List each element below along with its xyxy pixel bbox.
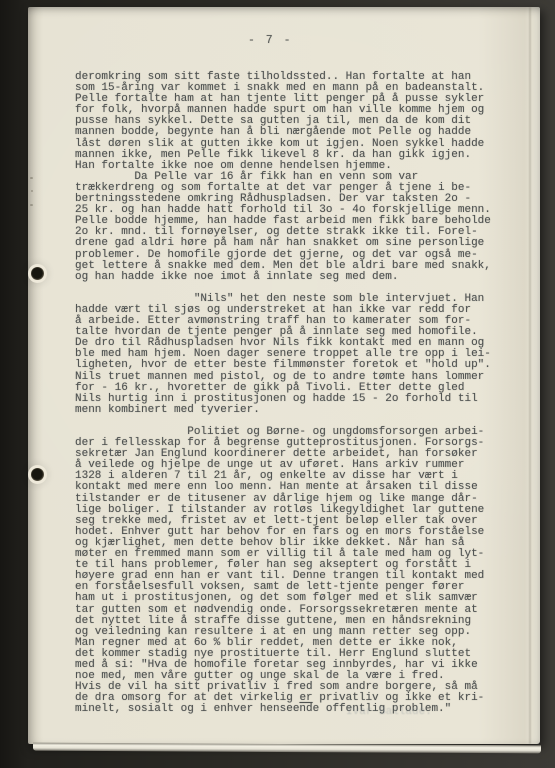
paper-speck: [30, 204, 33, 206]
text-line: tar gutten som et nødvendig onde. Forsor…: [75, 605, 501, 616]
text-line: minelt, sosialt og i enhver henseende of…: [75, 704, 501, 715]
text-line: og han hadde ikke noe imot å innlate seg…: [75, 272, 501, 283]
text-line: tilstander er de titusener av dårlige hj…: [75, 494, 501, 505]
document-text: deromkring som sitt faste tilholdssted..…: [75, 72, 501, 715]
paper-speck: [31, 190, 33, 192]
punch-hole-top: [31, 267, 44, 280]
text-line: låst døren slik at gutten ikke kom ut ig…: [75, 139, 501, 150]
page-number: - 7 -: [248, 34, 293, 47]
text-line: menn kombinert med tyverier.: [75, 405, 501, 416]
faint-signature: Ivar Ballade.: [346, 706, 432, 718]
text-line: mannen bodde, begynte han å bli nærgåend…: [75, 127, 501, 138]
paragraph: deromkring som sitt faste tilholdssted..…: [75, 72, 501, 172]
paragraph: Politiet og Børne- og ungdomsforsorgen a…: [75, 427, 501, 715]
paragraph: Da Pelle var 16 år fikk han en venn som …: [75, 172, 501, 283]
text-line: ligheten, hvor de etter beste filmmønste…: [75, 360, 501, 371]
text-line: drene gad aldri høre på ham når han snak…: [75, 238, 501, 249]
paper-speck: [30, 177, 33, 179]
text-line: ham ut i prostitusjonen, og det som følg…: [75, 593, 501, 604]
text-line: problemer. De homofile gjorde det gjerne…: [75, 250, 501, 261]
paper-crease: [529, 7, 531, 744]
paragraph: "Nils" het den neste som ble intervjuet.…: [75, 294, 501, 416]
text-line: Nils truet mannen med pistol, og de to a…: [75, 372, 501, 383]
punch-hole-bottom: [31, 468, 44, 481]
text-line: kontakt med mere enn loo menn. Han mente…: [75, 482, 501, 493]
paper-sheet: - 7 - deromkring som sitt faste tilholds…: [28, 7, 540, 744]
